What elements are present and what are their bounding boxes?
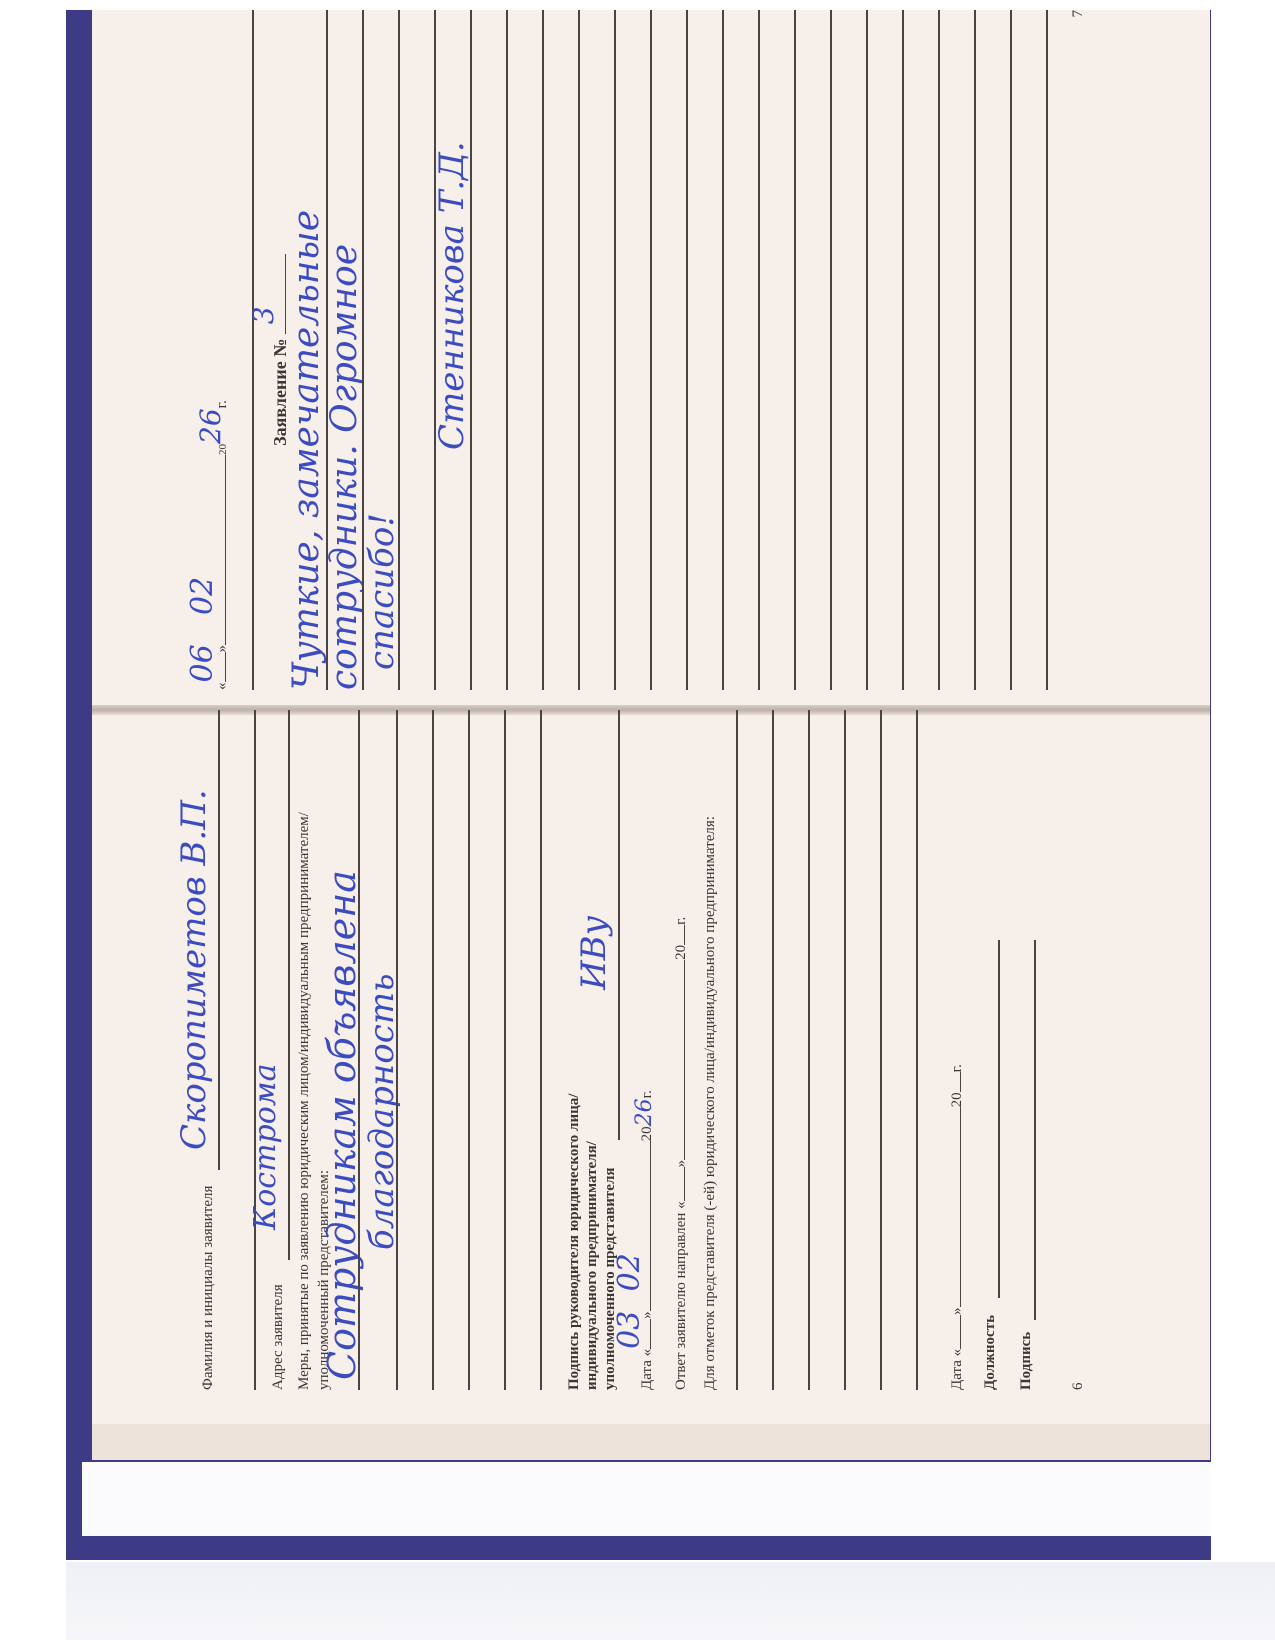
page-6: Фамилия и инициалы заявителя Скоропимето… — [170, 710, 1180, 1390]
statement-day: 06 — [185, 644, 220, 682]
signature-label-2: индивидуального предпринимателя/ — [584, 1141, 601, 1390]
signature-label-1: Подпись руководителя юридического лица/ — [566, 1094, 583, 1390]
position-label: Должность — [982, 1315, 999, 1390]
manager-signature: ИВу — [574, 916, 614, 990]
bottom-date-row: Дата «»20г. — [946, 1064, 966, 1390]
cover-inner — [82, 1462, 1211, 1536]
signature-date: Дата «03»022026г. — [632, 1090, 657, 1390]
statement-number: 3 — [247, 306, 280, 324]
page-7: «06»022026г. Заявление № 3 Чуткие, замеч… — [170, 10, 1180, 690]
statement-text-2: сотрудники. Огромное — [324, 244, 365, 690]
statement-month: 02 — [185, 577, 220, 615]
date-year: 26 — [632, 1098, 657, 1126]
date-day: 03 — [612, 1311, 647, 1349]
sign-label: Подпись — [1018, 1332, 1035, 1390]
statement-year: 26 — [194, 408, 227, 444]
scanner-edge — [66, 1562, 1275, 1640]
reply-sent-row: Ответ заявителю направлен «»20г. — [670, 917, 690, 1390]
applicant-name-label: Фамилия и инициалы заявителя — [200, 1186, 217, 1390]
applicant-address-value: Кострома — [248, 1063, 283, 1230]
page-edge — [92, 1424, 1210, 1460]
statement-date-row: «06»022026г. — [200, 400, 233, 690]
statement-signature: Стенникова Т.Д. — [432, 141, 472, 450]
measures-label-1: Меры, принятые по заявлению юридическим … — [296, 812, 313, 1390]
statement-text-3: спасибо! — [362, 513, 402, 670]
date-month: 02 — [612, 1253, 647, 1291]
date-label: Дата — [639, 1360, 655, 1390]
notes-label: Для отметок представителя (-ей) юридичес… — [702, 816, 719, 1390]
page-number-7: 7 — [1070, 10, 1087, 18]
page-number-6: 6 — [1070, 1383, 1087, 1391]
statement-text-1: Чуткие, замечательные — [286, 210, 327, 690]
applicant-address-label: Адрес заявителя — [270, 1284, 287, 1390]
applicant-name-value: Скоропиметов В.П. — [174, 789, 214, 1150]
